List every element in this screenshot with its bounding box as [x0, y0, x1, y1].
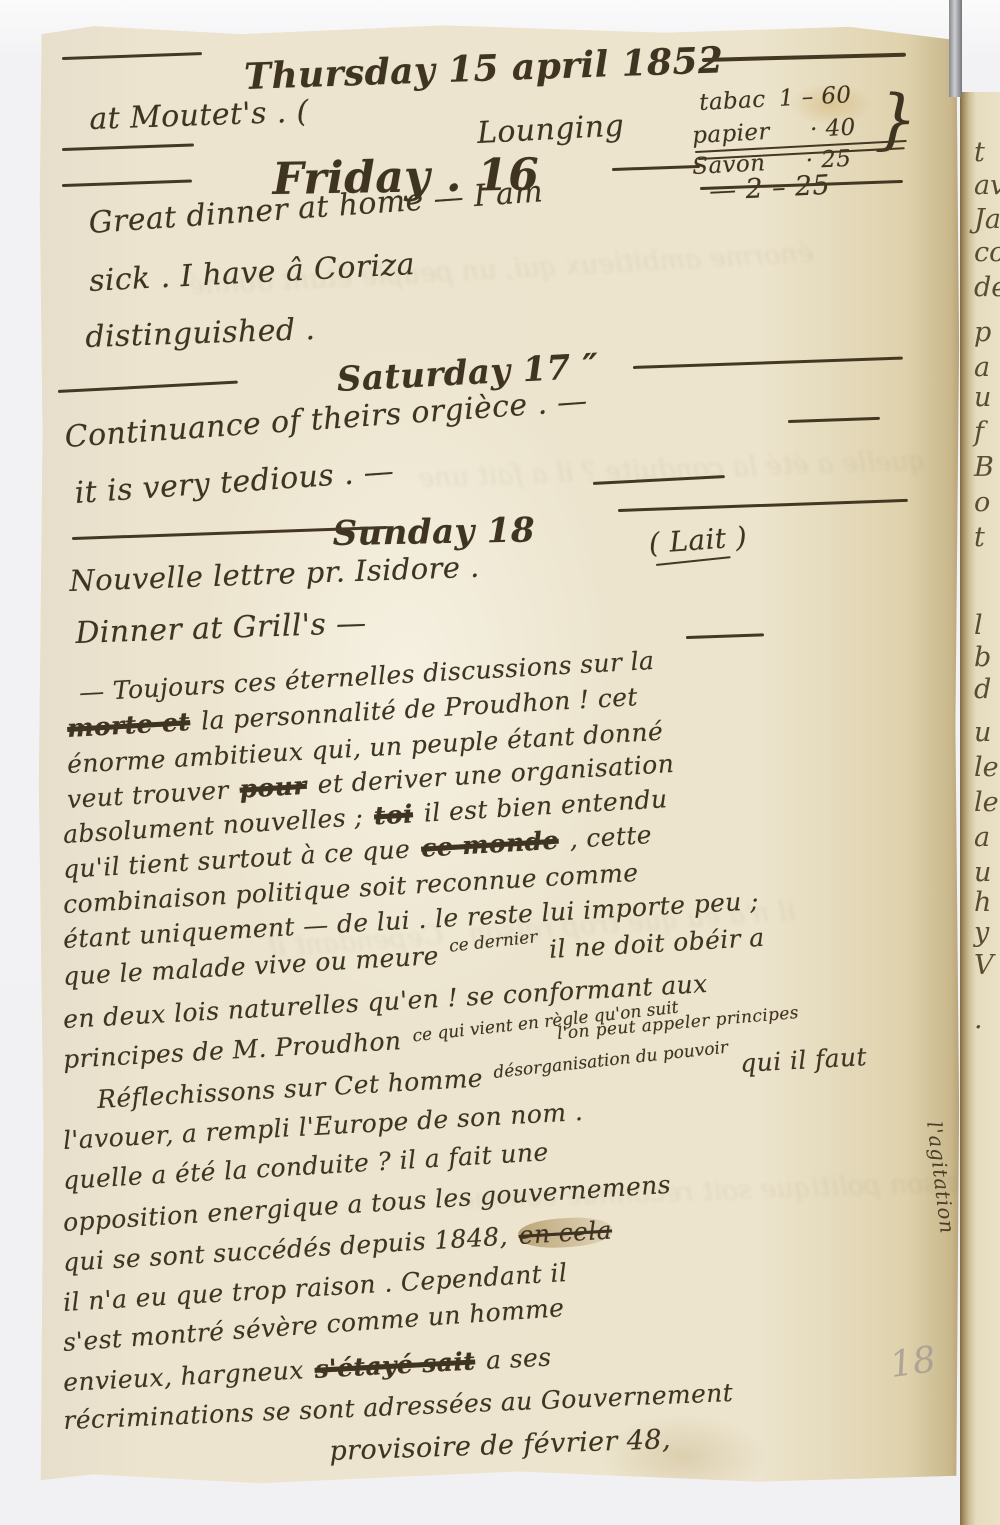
facing-text-fragment: de: [974, 272, 1000, 303]
facing-text-fragment: l: [974, 610, 983, 641]
struck-text: pour: [239, 771, 308, 804]
facing-text-fragment: V: [974, 950, 994, 981]
line-text: provisoire de février 48,: [329, 1424, 671, 1467]
ink-rule: [618, 499, 908, 512]
entry-heading-sunday: Sunday 18: [332, 510, 535, 554]
line-text: a ses: [485, 1342, 552, 1374]
facing-text-fragment: u: [974, 857, 991, 888]
expense-label: papier: [692, 119, 771, 149]
facing-text-fragment: Ja: [974, 204, 1000, 235]
expense-amount: · 40: [769, 114, 856, 144]
ink-rule: [686, 633, 764, 639]
entry-line: it is very tedious . —: [74, 454, 396, 511]
facing-text-fragment: u: [974, 382, 991, 413]
entry-location: at Moutet's . (: [89, 94, 309, 137]
line-pre: veut trouver: [66, 775, 229, 814]
facing-text-fragment: u: [974, 717, 991, 748]
ink-rule: [62, 179, 192, 187]
facing-text-fragment: .: [974, 1004, 983, 1035]
ink-rule: [58, 381, 238, 393]
facing-text-fragment: d: [974, 674, 991, 705]
ink-rule: [62, 143, 194, 151]
entry-line: Continuance of theirs orgièce . —: [64, 384, 589, 455]
scanned-manuscript: énorme ambitieux qui, un peuple étant do…: [0, 0, 1000, 1525]
line-text: qui il faut: [740, 1042, 868, 1078]
facing-text-fragment: p: [974, 317, 991, 348]
expense-amount: 1 – 60: [765, 82, 852, 112]
line-pre: envieux, hargneux: [62, 1355, 304, 1397]
facing-text-fragment: a: [974, 822, 990, 853]
entry-note-lait: ( Lait ): [648, 520, 748, 560]
line-text: , cette: [569, 820, 653, 854]
struck-text: en cela: [518, 1215, 613, 1249]
entry-activity: Lounging: [476, 108, 625, 151]
facing-text-fragment: B: [974, 452, 994, 483]
facing-text-fragment: le: [974, 752, 999, 783]
entry-heading-thursday: Thursday 15 april 1852: [244, 39, 724, 98]
struck-text: s'étayé sait: [314, 1346, 476, 1383]
ink-rule: [612, 165, 700, 171]
ink-rule: [62, 52, 202, 60]
manuscript-page: énorme ambitieux qui, un peuple étant do…: [38, 24, 960, 1486]
facing-text-fragment: t: [974, 137, 985, 168]
entry-line: Dinner at Grill's —: [75, 606, 367, 651]
expense-row: tabac1 – 60: [699, 82, 852, 116]
struck-text: toi: [373, 799, 414, 830]
expense-label: tabac: [699, 87, 767, 116]
facing-text-fragment: t: [974, 522, 985, 553]
facing-text-fragment: le: [974, 787, 999, 818]
ink-rule: [702, 53, 906, 62]
reflection-line: provisoire de février 48,: [329, 1424, 682, 1467]
facing-text-fragment: y: [974, 917, 989, 948]
line-text: [689, 1010, 691, 1039]
pencil-folio-number: 18: [887, 1339, 938, 1386]
facing-page-edge: tavJacordepaufBotlbduleleauhyV.: [960, 92, 1000, 1525]
entry-line: distinguished .: [85, 312, 316, 355]
struck-text: morte et: [66, 707, 191, 743]
facing-text-fragment: av: [974, 170, 1000, 201]
facing-text-fragment: cor: [974, 237, 1000, 268]
bleed-through-text: quelle a été la conduite ? il a fait une: [418, 445, 927, 494]
facing-text-fragment: b: [974, 642, 991, 673]
line-text: [622, 1215, 624, 1244]
entry-line: Nouvelle lettre pr. Isidore .: [69, 550, 480, 598]
ink-rule: [633, 357, 903, 369]
binder-clamp: [949, 0, 962, 97]
ink-rule: [788, 417, 880, 423]
facing-text-fragment: h: [974, 887, 991, 918]
facing-text-fragment: f: [974, 417, 984, 448]
struck-text: ce monde: [420, 826, 559, 863]
facing-text-fragment: o: [974, 487, 990, 518]
line-pre: principes de M. Proudhon: [62, 1026, 402, 1074]
facing-text-fragment: a: [974, 352, 990, 383]
